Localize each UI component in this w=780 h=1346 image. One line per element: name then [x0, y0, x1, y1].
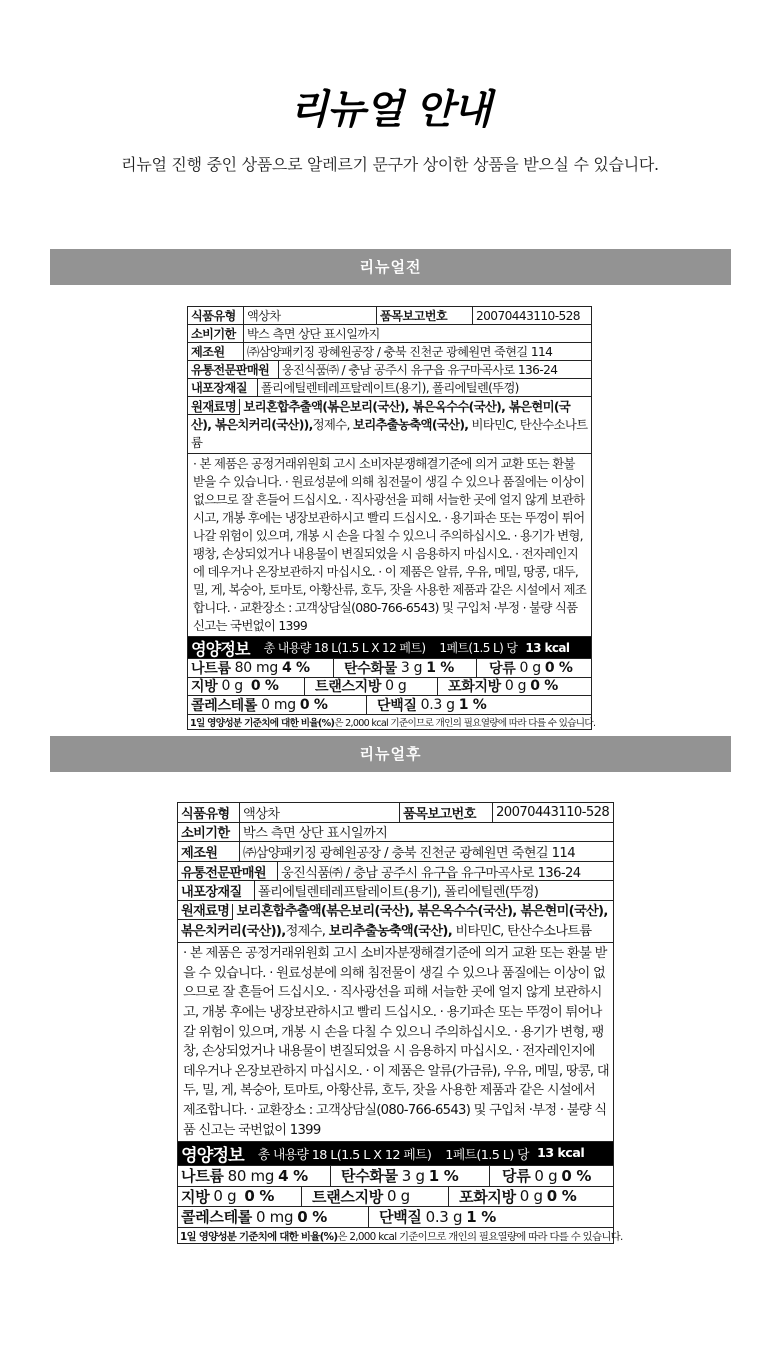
- distributor-key: 유통전문판매원: [178, 862, 277, 881]
- manufacturer-row: 제조원 ㈜삼양패키징 광혜원공장 / 충북 진천군 광혜원면 죽현길 114: [178, 842, 613, 862]
- distributor-value: 웅진식품㈜ / 충남 공주시 유구읍 유구마곡사로 136-24: [278, 361, 591, 378]
- expiry-key: 소비기한: [178, 823, 239, 842]
- distributor-row: 유통전문판매원 웅진식품㈜ / 충남 공주시 유구읍 유구마곡사로 136-24: [178, 862, 613, 882]
- nutrition-title: 영양정보: [181, 1141, 244, 1166]
- nutrition-footnote: 1일 영양성분 기준치에 대한 비율(%)은 2,000 kcal 기준이므로 …: [178, 1228, 613, 1243]
- report-number-value: 20070443110-528: [472, 307, 591, 324]
- manufacturer-value: ㈜삼양패키징 광혜원공장 / 충북 진천군 광혜원면 죽현길 114: [243, 343, 591, 360]
- nutrient-fat: 지방 0 g 0 %: [178, 1187, 301, 1207]
- manufacturer-key: 제조원: [178, 842, 239, 861]
- nutrient-carbs: 탄수화물 3 g 1 %: [330, 1166, 489, 1186]
- packaging-row: 내포장재질 폴리에틸렌테레프탈레이트(용기), 폴리에틸렌(뚜껑): [188, 379, 591, 397]
- ingredients-row: 원재료명 보리혼합추출액(볶은보리(국산), 볶은옥수수(국산), 볶은현미(국…: [188, 397, 591, 454]
- report-number-key: 품목보고번호: [376, 307, 472, 324]
- nutrient-cholesterol: 콜레스테롤 0 mg 0 %: [178, 1207, 368, 1227]
- nutrition-header: 영양정보 총 내용량 18 L(1.5 L X 12 페트) 1페트(1.5 L…: [188, 637, 591, 659]
- distributor-row: 유통전문판매원 웅진식품㈜ / 충남 공주시 유구읍 유구마곡사로 136-24: [188, 361, 591, 379]
- notice-text: · 본 제품은 공정거래위원회 고시 소비자분쟁해결기준에 의거 교환 또는 환…: [178, 943, 613, 1141]
- expiry-row: 소비기한 박스 측면 상단 표시일까지: [188, 325, 591, 343]
- ingredients-bold-2: 보리추출농축액(국산),: [353, 417, 468, 432]
- section-header-before: 리뉴얼전: [50, 249, 731, 285]
- ingredients-text: 원재료명 보리혼합추출액(볶은보리(국산), 볶은옥수수(국산), 볶은현미(국…: [178, 901, 613, 942]
- nutrient-sugar: 당류 0 g 0 %: [489, 1166, 613, 1186]
- ingredients-row: 원재료명 보리혼합추출액(볶은보리(국산), 볶은옥수수(국산), 볶은현미(국…: [178, 901, 613, 943]
- nutrition-row-2: 지방 0 g 0 % 트랜스지방 0 g 포화지방 0 g 0 %: [178, 1187, 613, 1208]
- nutrient-trans-fat: 트랜스지방 0 g: [301, 1187, 448, 1207]
- nutrient-carbs: 탄수화물 3 g 1 %: [333, 659, 476, 677]
- manufacturer-key: 제조원: [188, 343, 243, 360]
- food-type-value: 액상차: [239, 803, 399, 822]
- nutrition-serving: 1페트(1.5 L) 당: [445, 1144, 529, 1163]
- food-type-key: 식품유형: [178, 803, 239, 822]
- nutrient-protein: 단백질 0.3 g 1 %: [368, 1207, 613, 1227]
- manufacturer-value: ㈜삼양패키징 광혜원공장 / 충북 진천군 광혜원면 죽현길 114: [239, 842, 613, 861]
- ingredients-bold-2: 보리추출농축액(국산),: [329, 924, 452, 939]
- expiry-value: 박스 측면 상단 표시일까지: [239, 823, 613, 842]
- expiry-value: 박스 측면 상단 표시일까지: [243, 325, 591, 342]
- nutrition-kcal: 13 kcal: [525, 641, 569, 655]
- ingredients-plain-1: 정제수,: [286, 924, 329, 939]
- expiry-row: 소비기한 박스 측면 상단 표시일까지: [178, 823, 613, 843]
- ingredients-key: 원재료명: [178, 904, 233, 920]
- nutrition-header: 영양정보 총 내용량 18 L(1.5 L X 12 페트) 1페트(1.5 L…: [178, 1142, 613, 1166]
- report-number-value: 20070443110-528: [492, 803, 613, 822]
- nutrition-serving: 1페트(1.5 L) 당: [439, 639, 517, 656]
- product-label-after: 식품유형 액상차 품목보고번호 20070443110-528 소비기한 박스 …: [177, 802, 614, 1244]
- nutrient-sat-fat: 포화지방 0 g 0 %: [448, 1187, 613, 1207]
- nutrient-sodium: 나트륨 80 mg 4 %: [178, 1166, 330, 1186]
- page-subtitle: 리뉴얼 진행 중인 상품으로 알레르기 문구가 상이한 상품을 받으실 수 있습…: [0, 152, 780, 175]
- nutrient-trans-fat: 트랜스지방 0 g: [304, 678, 437, 696]
- packaging-value: 폴리에틸렌테레프탈레이트(용기), 폴리에틸렌(뚜껑): [254, 881, 613, 900]
- distributor-value: 웅진식품㈜ / 충남 공주시 유구읍 유구마곡사로 136-24: [277, 862, 613, 881]
- food-type-key: 식품유형: [188, 307, 243, 324]
- distributor-key: 유통전문판매원: [188, 361, 278, 378]
- nutrition-row-3: 콜레스테롤 0 mg 0 % 단백질 0.3 g 1 %: [178, 1207, 613, 1228]
- notice-row: · 본 제품은 공정거래위원회 고시 소비자분쟁해결기준에 의거 교환 또는 환…: [178, 943, 613, 1142]
- notice-text: · 본 제품은 공정거래위원회 고시 소비자분쟁해결기준에 의거 교환 또는 환…: [188, 454, 591, 636]
- manufacturer-row: 제조원 ㈜삼양패키징 광혜원공장 / 충북 진천군 광혜원면 죽현길 114: [188, 343, 591, 361]
- nutrition-kcal: 13 kcal: [537, 1146, 584, 1161]
- report-number-key: 품목보고번호: [399, 803, 492, 822]
- nutrition-total-volume: 총 내용량 18 L(1.5 L X 12 페트): [258, 1144, 432, 1163]
- notice-row: · 본 제품은 공정거래위원회 고시 소비자분쟁해결기준에 의거 교환 또는 환…: [188, 454, 591, 637]
- nutrition-row-1: 나트륨 80 mg 4 % 탄수화물 3 g 1 % 당류 0 g 0 %: [188, 659, 591, 678]
- nutrient-sugar: 당류 0 g 0 %: [476, 659, 591, 677]
- nutrient-cholesterol: 콜레스테롤 0 mg 0 %: [188, 696, 366, 714]
- packaging-value: 폴리에틸렌테레프탈레이트(용기), 폴리에틸렌(뚜껑): [257, 379, 591, 396]
- expiry-key: 소비기한: [188, 325, 243, 342]
- nutrient-sat-fat: 포화지방 0 g 0 %: [437, 678, 591, 696]
- food-type-row: 식품유형 액상차 품목보고번호 20070443110-528: [178, 803, 613, 823]
- product-label-before: 식품유형 액상차 품목보고번호 20070443110-528 소비기한 박스 …: [187, 306, 592, 730]
- ingredients-plain-1: 정제수,: [313, 417, 353, 432]
- section-header-after: 리뉴얼후: [50, 736, 731, 772]
- page-title: 리뉴얼 안내: [0, 78, 780, 135]
- ingredients-plain-2: 비타민C, 탄산수소나트륨: [452, 924, 591, 939]
- food-type-value: 액상차: [243, 307, 376, 324]
- ingredients-text: 원재료명 보리혼합추출액(볶은보리(국산), 볶은옥수수(국산), 볶은현미(국…: [188, 397, 591, 453]
- nutrition-total-volume: 총 내용량 18 L(1.5 L X 12 페트): [264, 639, 426, 656]
- nutrition-row-2: 지방 0 g 0 % 트랜스지방 0 g 포화지방 0 g 0 %: [188, 678, 591, 697]
- nutrition-row-3: 콜레스테롤 0 mg 0 % 단백질 0.3 g 1 %: [188, 696, 591, 715]
- ingredients-key: 원재료명: [188, 399, 240, 415]
- packaging-row: 내포장재질 폴리에틸렌테레프탈레이트(용기), 폴리에틸렌(뚜껑): [178, 881, 613, 901]
- food-type-row: 식품유형 액상차 품목보고번호 20070443110-528: [188, 307, 591, 325]
- nutrient-protein: 단백질 0.3 g 1 %: [366, 696, 591, 714]
- nutrient-fat: 지방 0 g 0 %: [188, 678, 304, 696]
- nutrient-sodium: 나트륨 80 mg 4 %: [188, 659, 333, 677]
- packaging-key: 내포장재질: [188, 379, 257, 396]
- nutrition-title: 영양정보: [191, 636, 250, 660]
- nutrition-row-1: 나트륨 80 mg 4 % 탄수화물 3 g 1 % 당류 0 g 0 %: [178, 1166, 613, 1187]
- nutrition-footnote: 1일 영양성분 기준치에 대한 비율(%)은 2,000 kcal 기준이므로 …: [188, 715, 591, 729]
- packaging-key: 내포장재질: [178, 881, 254, 900]
